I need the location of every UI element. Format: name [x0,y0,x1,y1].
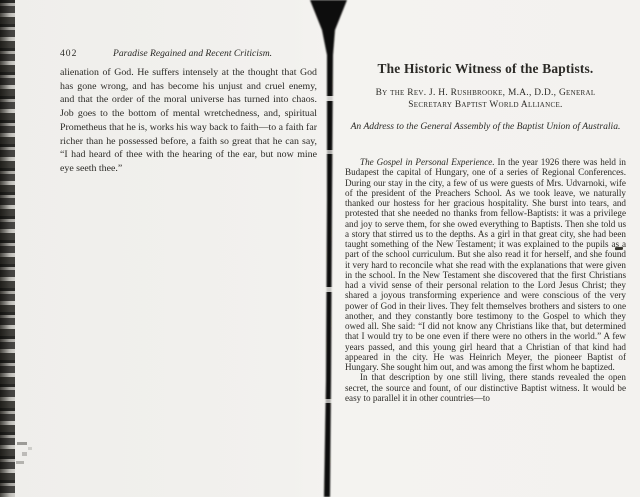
article-title: The Historic Witness of the Baptists. [345,61,626,77]
article-subtitle-address: An Address to the General Assembly of th… [345,121,626,133]
body-paragraph-1: The Gospel in Personal Experience. In th… [345,157,626,372]
page-number: 402 [60,48,90,59]
scan-noise-mark [17,442,27,445]
article-byline: By the Rev. J. H. Rushbrooke, M.A., D.D.… [353,88,618,111]
running-title: Paradise Regained and Recent Criticism. [90,48,295,59]
scan-noise-mark [16,461,24,464]
scan-noise-mark [22,452,27,456]
body-paragraph-2: In that description by one still living,… [345,372,626,403]
paragraph-lead-in: The Gospel in Personal Experience. [360,157,495,167]
paragraph-text: In the year 1926 there was held in Budap… [345,157,626,372]
right-page-body: The Gospel in Personal Experience. In th… [345,157,626,403]
book-scan: 402 Paradise Regained and Recent Critici… [0,0,640,497]
scan-noise-mark [28,447,32,450]
scan-binding-edge [0,0,15,497]
left-page-paragraph: alienation of God. He suffers intensely … [60,66,317,176]
left-page-header: 402 Paradise Regained and Recent Critici… [60,48,317,59]
